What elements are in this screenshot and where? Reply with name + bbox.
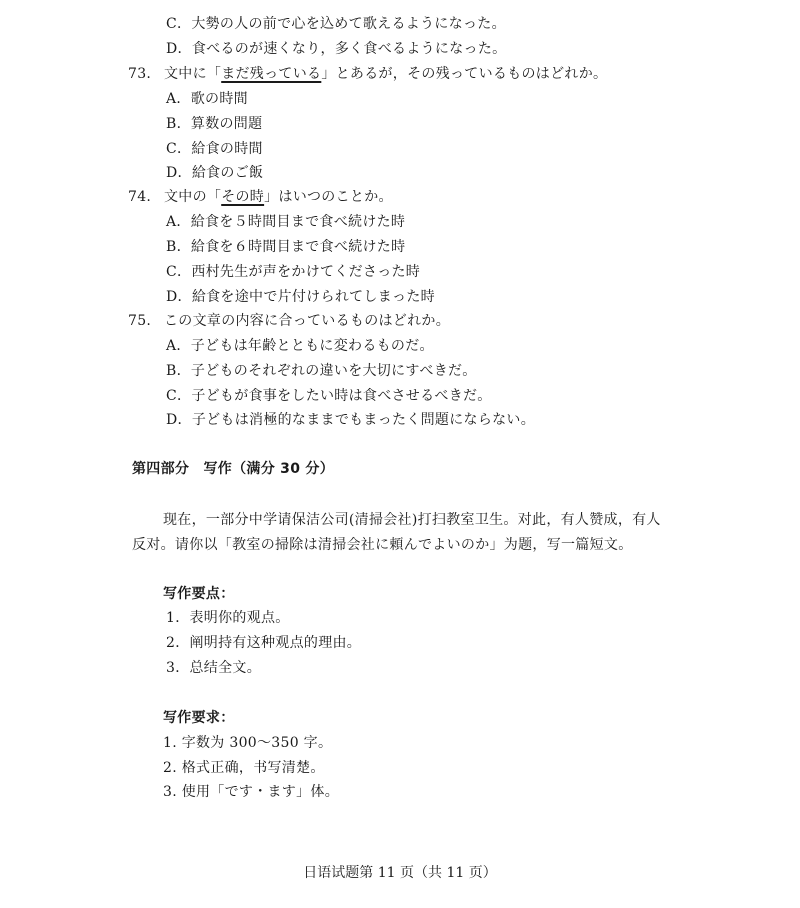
writing-points-title: 写作要点：	[163, 584, 235, 604]
question-prefix: この文章の内容に合っているものはどれか。	[164, 313, 450, 329]
option-text: 西村先生が声をかけてくださった時	[191, 264, 420, 280]
question-73: 73.文中に「まだ残っている」とあるが，その残っているものはどれか。	[128, 64, 607, 84]
option-letter: C．	[166, 388, 191, 404]
option-75-d: D．子どもは消極的なままでもまったく問題にならない。	[166, 410, 535, 430]
option-letter: D．	[166, 412, 192, 428]
question-prefix: 文中の「	[164, 189, 221, 205]
option-letter: B．	[166, 116, 191, 132]
option-75-c: C．子どもが食事をしたい時は食べさせるべきだ。	[166, 386, 492, 406]
page-footer: 日语试题第 11 页（共 11 页）	[0, 862, 800, 882]
section-heading: 第四部分 写作（满分 30 分）	[132, 459, 334, 479]
writing-point-3: 3．总结全文。	[166, 658, 261, 678]
option-letter: C．	[166, 264, 191, 280]
writing-requirements-title: 写作要求：	[163, 708, 235, 728]
option-letter: D．	[166, 289, 192, 305]
option-text: 大勢の人の前で心を込めて歌えるようになった。	[191, 16, 506, 32]
question-suffix: 」はいつのことか。	[264, 189, 393, 205]
option-72-c: C．大勢の人の前で心を込めて歌えるようになった。	[166, 14, 506, 34]
writing-point-1: 1．表明你的观点。	[166, 608, 290, 628]
option-letter: A．	[166, 338, 191, 354]
option-text: 給食を５時間目まで食べ続けた時	[191, 214, 406, 230]
writing-requirement-2: 2. 格式正确，书写清楚。	[163, 758, 325, 778]
underlined-phrase: まだ残っている	[221, 66, 321, 82]
option-73-a: A．歌の時間	[166, 89, 248, 109]
question-number: 73.	[128, 64, 164, 84]
writing-requirement-1: 1. 字数为 300～350 字。	[163, 733, 332, 753]
question-75: 75.この文章の内容に合っているものはどれか。	[128, 311, 450, 331]
writing-point-2: 2．阐明持有这种观点的理由。	[166, 633, 361, 653]
writing-requirement-3: 3. 使用「です・ます」体。	[163, 782, 339, 802]
option-74-a: A．給食を５時間目まで食べ続けた時	[166, 212, 405, 232]
option-73-d: D．給食のご飯	[166, 163, 263, 183]
option-letter: D．	[166, 165, 192, 181]
underlined-phrase: その時	[221, 189, 264, 205]
option-letter: D．	[166, 41, 192, 57]
option-72-d: D．食べるのが速くなり，多く食べるようになった。	[166, 39, 506, 59]
option-letter: C．	[166, 16, 191, 32]
option-text: 給食のご飯	[192, 165, 264, 181]
option-text: 子どもは消極的なままでもまったく問題にならない。	[192, 412, 535, 428]
option-letter: B．	[166, 363, 191, 379]
option-text: 給食を途中で片付けられてしまった時	[192, 289, 435, 305]
option-letter: C．	[166, 141, 191, 157]
question-prefix: 文中に「	[164, 66, 221, 82]
question-74: 74.文中の「その時」はいつのことか。	[128, 187, 393, 207]
option-text: 給食の時間	[191, 141, 263, 157]
option-text: 食べるのが速くなり，多く食べるようになった。	[192, 41, 507, 57]
option-74-b: B．給食を６時間目まで食べ続けた時	[166, 237, 405, 257]
writing-prompt-line-2: 反对。请你以「教室の掃除は清掃会社に頼んでよいのか」为题，写一篇短文。	[132, 535, 633, 555]
question-suffix: 」とあるが，その残っているものはどれか。	[321, 66, 607, 82]
option-75-b: B．子どものそれぞれの違いを大切にすべきだ。	[166, 361, 477, 381]
option-text: 給食を６時間目まで食べ続けた時	[191, 239, 406, 255]
option-text: 子どものそれぞれの違いを大切にすべきだ。	[191, 363, 477, 379]
option-letter: B．	[166, 239, 191, 255]
writing-prompt-line-1: 现在，一部分中学请保洁公司(清掃会社)打扫教室卫生。对此，有人赞成，有人	[163, 510, 661, 530]
option-text: 子どもは年齢とともに変わるものだ。	[191, 338, 434, 354]
option-74-c: C．西村先生が声をかけてくださった時	[166, 262, 420, 282]
option-text: 算数の問題	[191, 116, 263, 132]
option-letter: A．	[166, 91, 191, 107]
option-73-b: B．算数の問題	[166, 114, 262, 134]
question-number: 75.	[128, 311, 164, 331]
option-text: 子どもが食事をしたい時は食べさせるべきだ。	[191, 388, 491, 404]
question-number: 74.	[128, 187, 164, 207]
option-73-c: C．給食の時間	[166, 139, 263, 159]
option-75-a: A．子どもは年齢とともに変わるものだ。	[166, 336, 434, 356]
option-74-d: D．給食を途中で片付けられてしまった時	[166, 287, 435, 307]
option-text: 歌の時間	[191, 91, 248, 107]
option-letter: A．	[166, 214, 191, 230]
